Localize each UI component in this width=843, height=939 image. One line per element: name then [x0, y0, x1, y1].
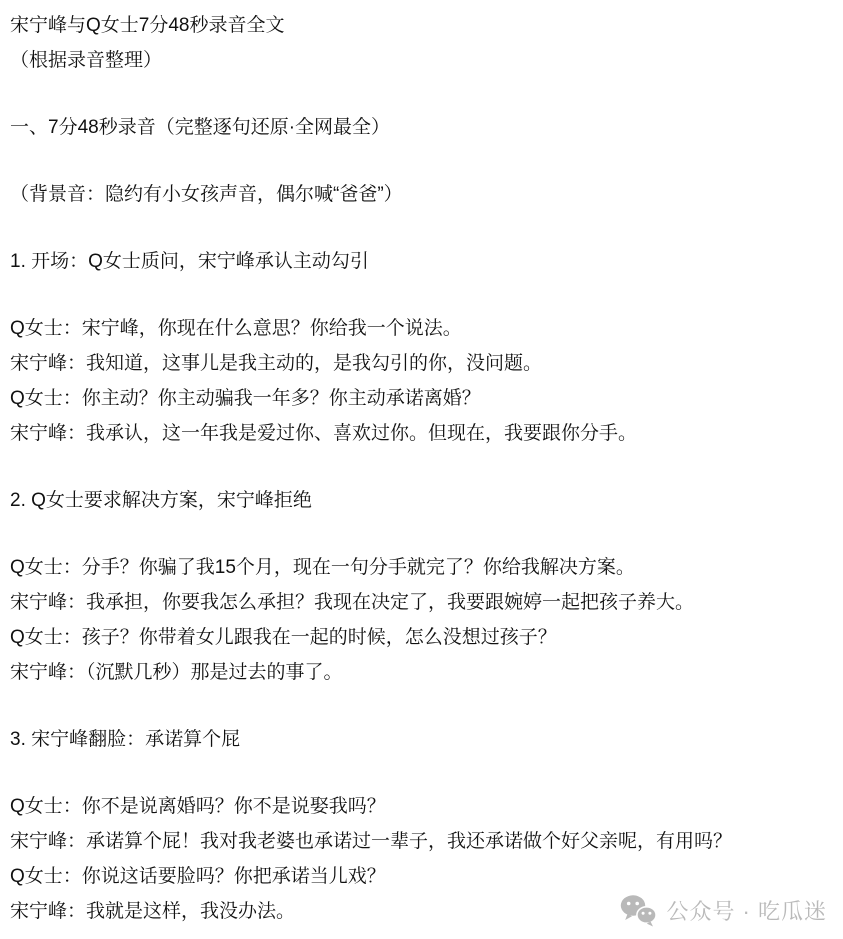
dialog-line: Q女士：孩子？你带着女儿跟我在一起的时候，怎么没想过孩子？	[10, 620, 831, 655]
watermark-label: 公众号 · 吃瓜迷	[666, 895, 827, 926]
dialog-line: Q女士：你不是说离婚吗？你不是说娶我吗？	[10, 789, 831, 824]
watermark: 公众号 · 吃瓜迷	[620, 894, 827, 927]
part3-heading: 3. 宋宁峰翻脸：承诺算个屁	[10, 722, 831, 757]
dialog-line: 宋宁峰：我承担，你要我怎么承担？我现在决定了，我要跟婉婷一起把孩子养大。	[10, 585, 831, 620]
part2-dialog: Q女士：分手？你骗了我15个月，现在一句分手就完了？你给我解决方案。 宋宁峰：我…	[10, 550, 831, 690]
article-subtitle: （根据录音整理）	[10, 43, 831, 78]
article-body: 宋宁峰与Q女士7分48秒录音全文 （根据录音整理） 一、7分48秒录音（完整逐句…	[0, 0, 843, 929]
dialog-line: Q女士：你主动？你主动骗我一年多？你主动承诺离婚？	[10, 381, 831, 416]
dialog-line: 宋宁峰：（沉默几秒）那是过去的事了。	[10, 655, 831, 690]
section-heading: 一、7分48秒录音（完整逐句还原·全网最全）	[10, 110, 831, 145]
dialog-line: Q女士：分手？你骗了我15个月，现在一句分手就完了？你给我解决方案。	[10, 550, 831, 585]
article-title: 宋宁峰与Q女士7分48秒录音全文	[10, 8, 831, 43]
dialog-line: 宋宁峰：我知道，这事儿是我主动的，是我勾引的你，没问题。	[10, 346, 831, 381]
dialog-line: Q女士：你说这话要脸吗？你把承诺当儿戏？	[10, 859, 831, 894]
background-note: （背景音：隐约有小女孩声音，偶尔喊“爸爸”）	[10, 177, 831, 212]
dialog-line: 宋宁峰：承诺算个屁！我对我老婆也承诺过一辈子，我还承诺做个好父亲呢，有用吗？	[10, 824, 831, 859]
wechat-icon	[620, 894, 657, 927]
dialog-line: Q女士：宋宁峰，你现在什么意思？你给我一个说法。	[10, 311, 831, 346]
part1-heading: 1. 开场：Q女士质问，宋宁峰承认主动勾引	[10, 244, 831, 279]
dialog-line: 宋宁峰：我承认，这一年我是爱过你、喜欢过你。但现在，我要跟你分手。	[10, 416, 831, 451]
part2-heading: 2. Q女士要求解决方案，宋宁峰拒绝	[10, 483, 831, 518]
part1-dialog: Q女士：宋宁峰，你现在什么意思？你给我一个说法。 宋宁峰：我知道，这事儿是我主动…	[10, 311, 831, 451]
